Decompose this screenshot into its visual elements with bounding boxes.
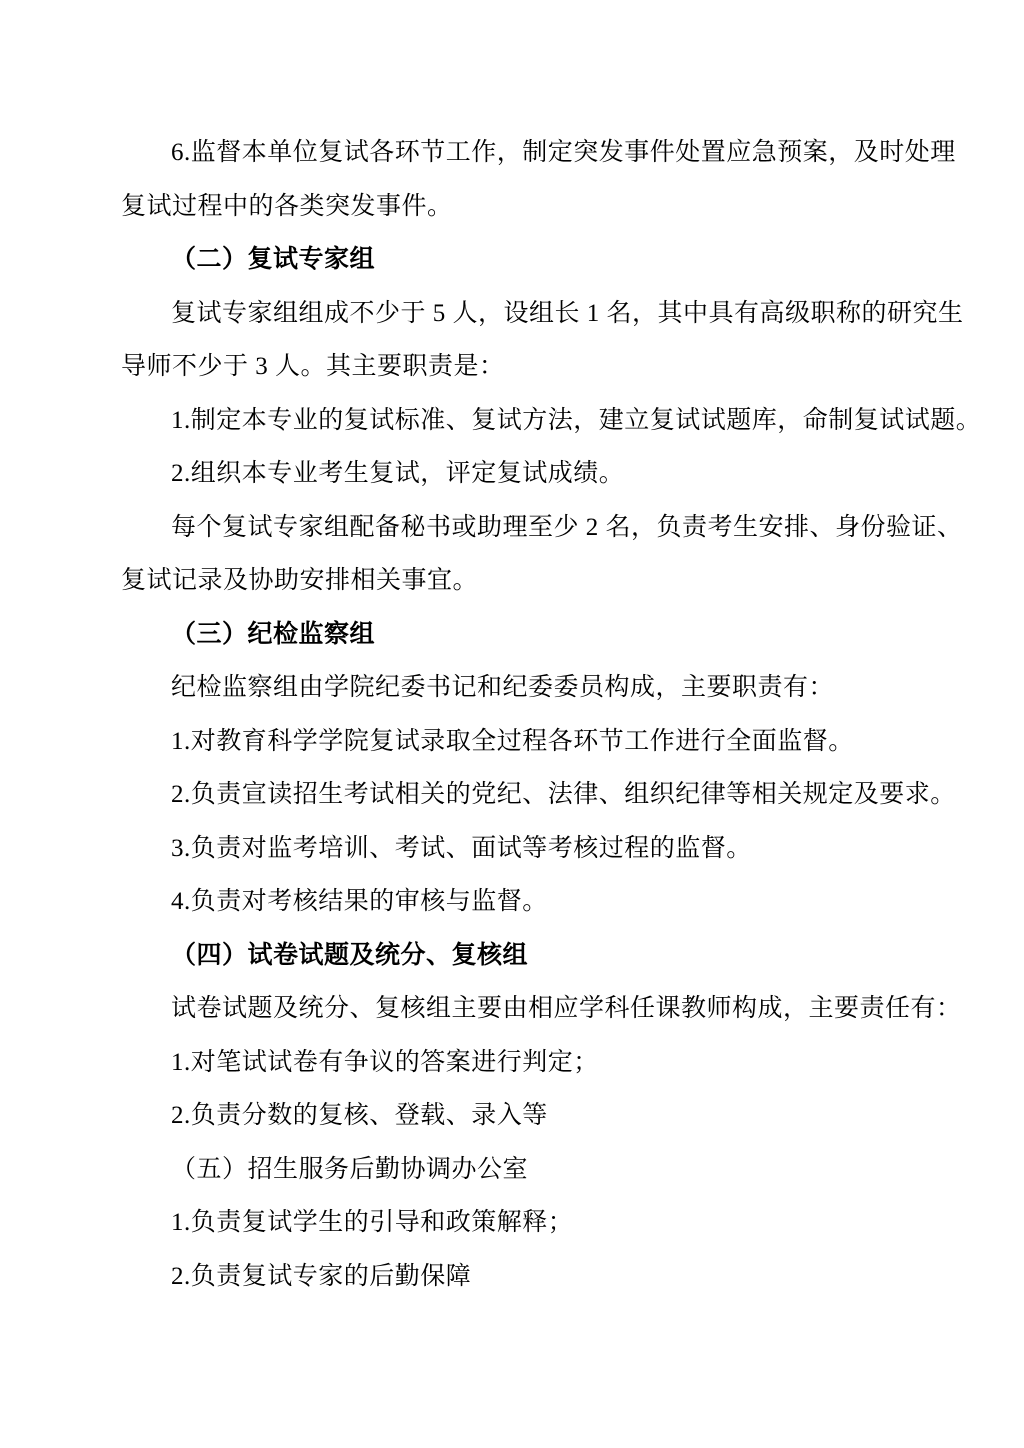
section-heading: （三）纪检监察组 [121, 608, 928, 662]
text-line: 2.组织本专业考生复试，评定复试成绩。 [121, 447, 928, 501]
text-line: （五）招生服务后勤协调办公室 [121, 1143, 928, 1197]
text-line: 试卷试题及统分、复核组主要由相应学科任课教师构成，主要责任有： [121, 982, 928, 1036]
text-line: 复试记录及协助安排相关事宜。 [121, 554, 928, 608]
text-line: 2.负责复试专家的后勤保障 [121, 1250, 928, 1304]
text-line: 3.负责对监考培训、考试、面试等考核过程的监督。 [121, 822, 928, 876]
section-heading: （二）复试专家组 [121, 233, 928, 287]
text-line: 2.负责宣读招生考试相关的党纪、法律、组织纪律等相关规定及要求。 [121, 768, 928, 822]
text-line: 1.对笔试试卷有争议的答案进行判定； [121, 1036, 928, 1090]
text-line: 导师不少于 3 人。其主要职责是： [121, 340, 928, 394]
text-line: 1.负责复试学生的引导和政策解释； [121, 1196, 928, 1250]
text-line: 复试专家组组成不少于 5 人，设组长 1 名，其中具有高级职称的研究生 [121, 287, 928, 341]
text-line: 1.对教育科学学院复试录取全过程各环节工作进行全面监督。 [121, 715, 928, 769]
text-line: 纪检监察组由学院纪委书记和纪委委员构成，主要职责有： [121, 661, 928, 715]
text-line: 1.制定本专业的复试标准、复试方法，建立复试试题库，命制复试试题。 [121, 394, 928, 448]
text-line: 4.负责对考核结果的审核与监督。 [121, 875, 928, 929]
section-heading: （四）试卷试题及统分、复核组 [121, 929, 928, 983]
document-page: 6.监督本单位复试各环节工作，制定突发事件处置应急预案，及时处理复试过程中的各类… [0, 0, 1024, 1448]
text-line: 6.监督本单位复试各环节工作，制定突发事件处置应急预案，及时处理 [121, 126, 928, 180]
text-line: 2.负责分数的复核、登载、录入等 [121, 1089, 928, 1143]
document-body: 6.监督本单位复试各环节工作，制定突发事件处置应急预案，及时处理复试过程中的各类… [121, 126, 928, 1303]
text-line: 复试过程中的各类突发事件。 [121, 180, 928, 234]
text-line: 每个复试专家组配备秘书或助理至少 2 名，负责考生安排、身份验证、 [121, 501, 928, 555]
